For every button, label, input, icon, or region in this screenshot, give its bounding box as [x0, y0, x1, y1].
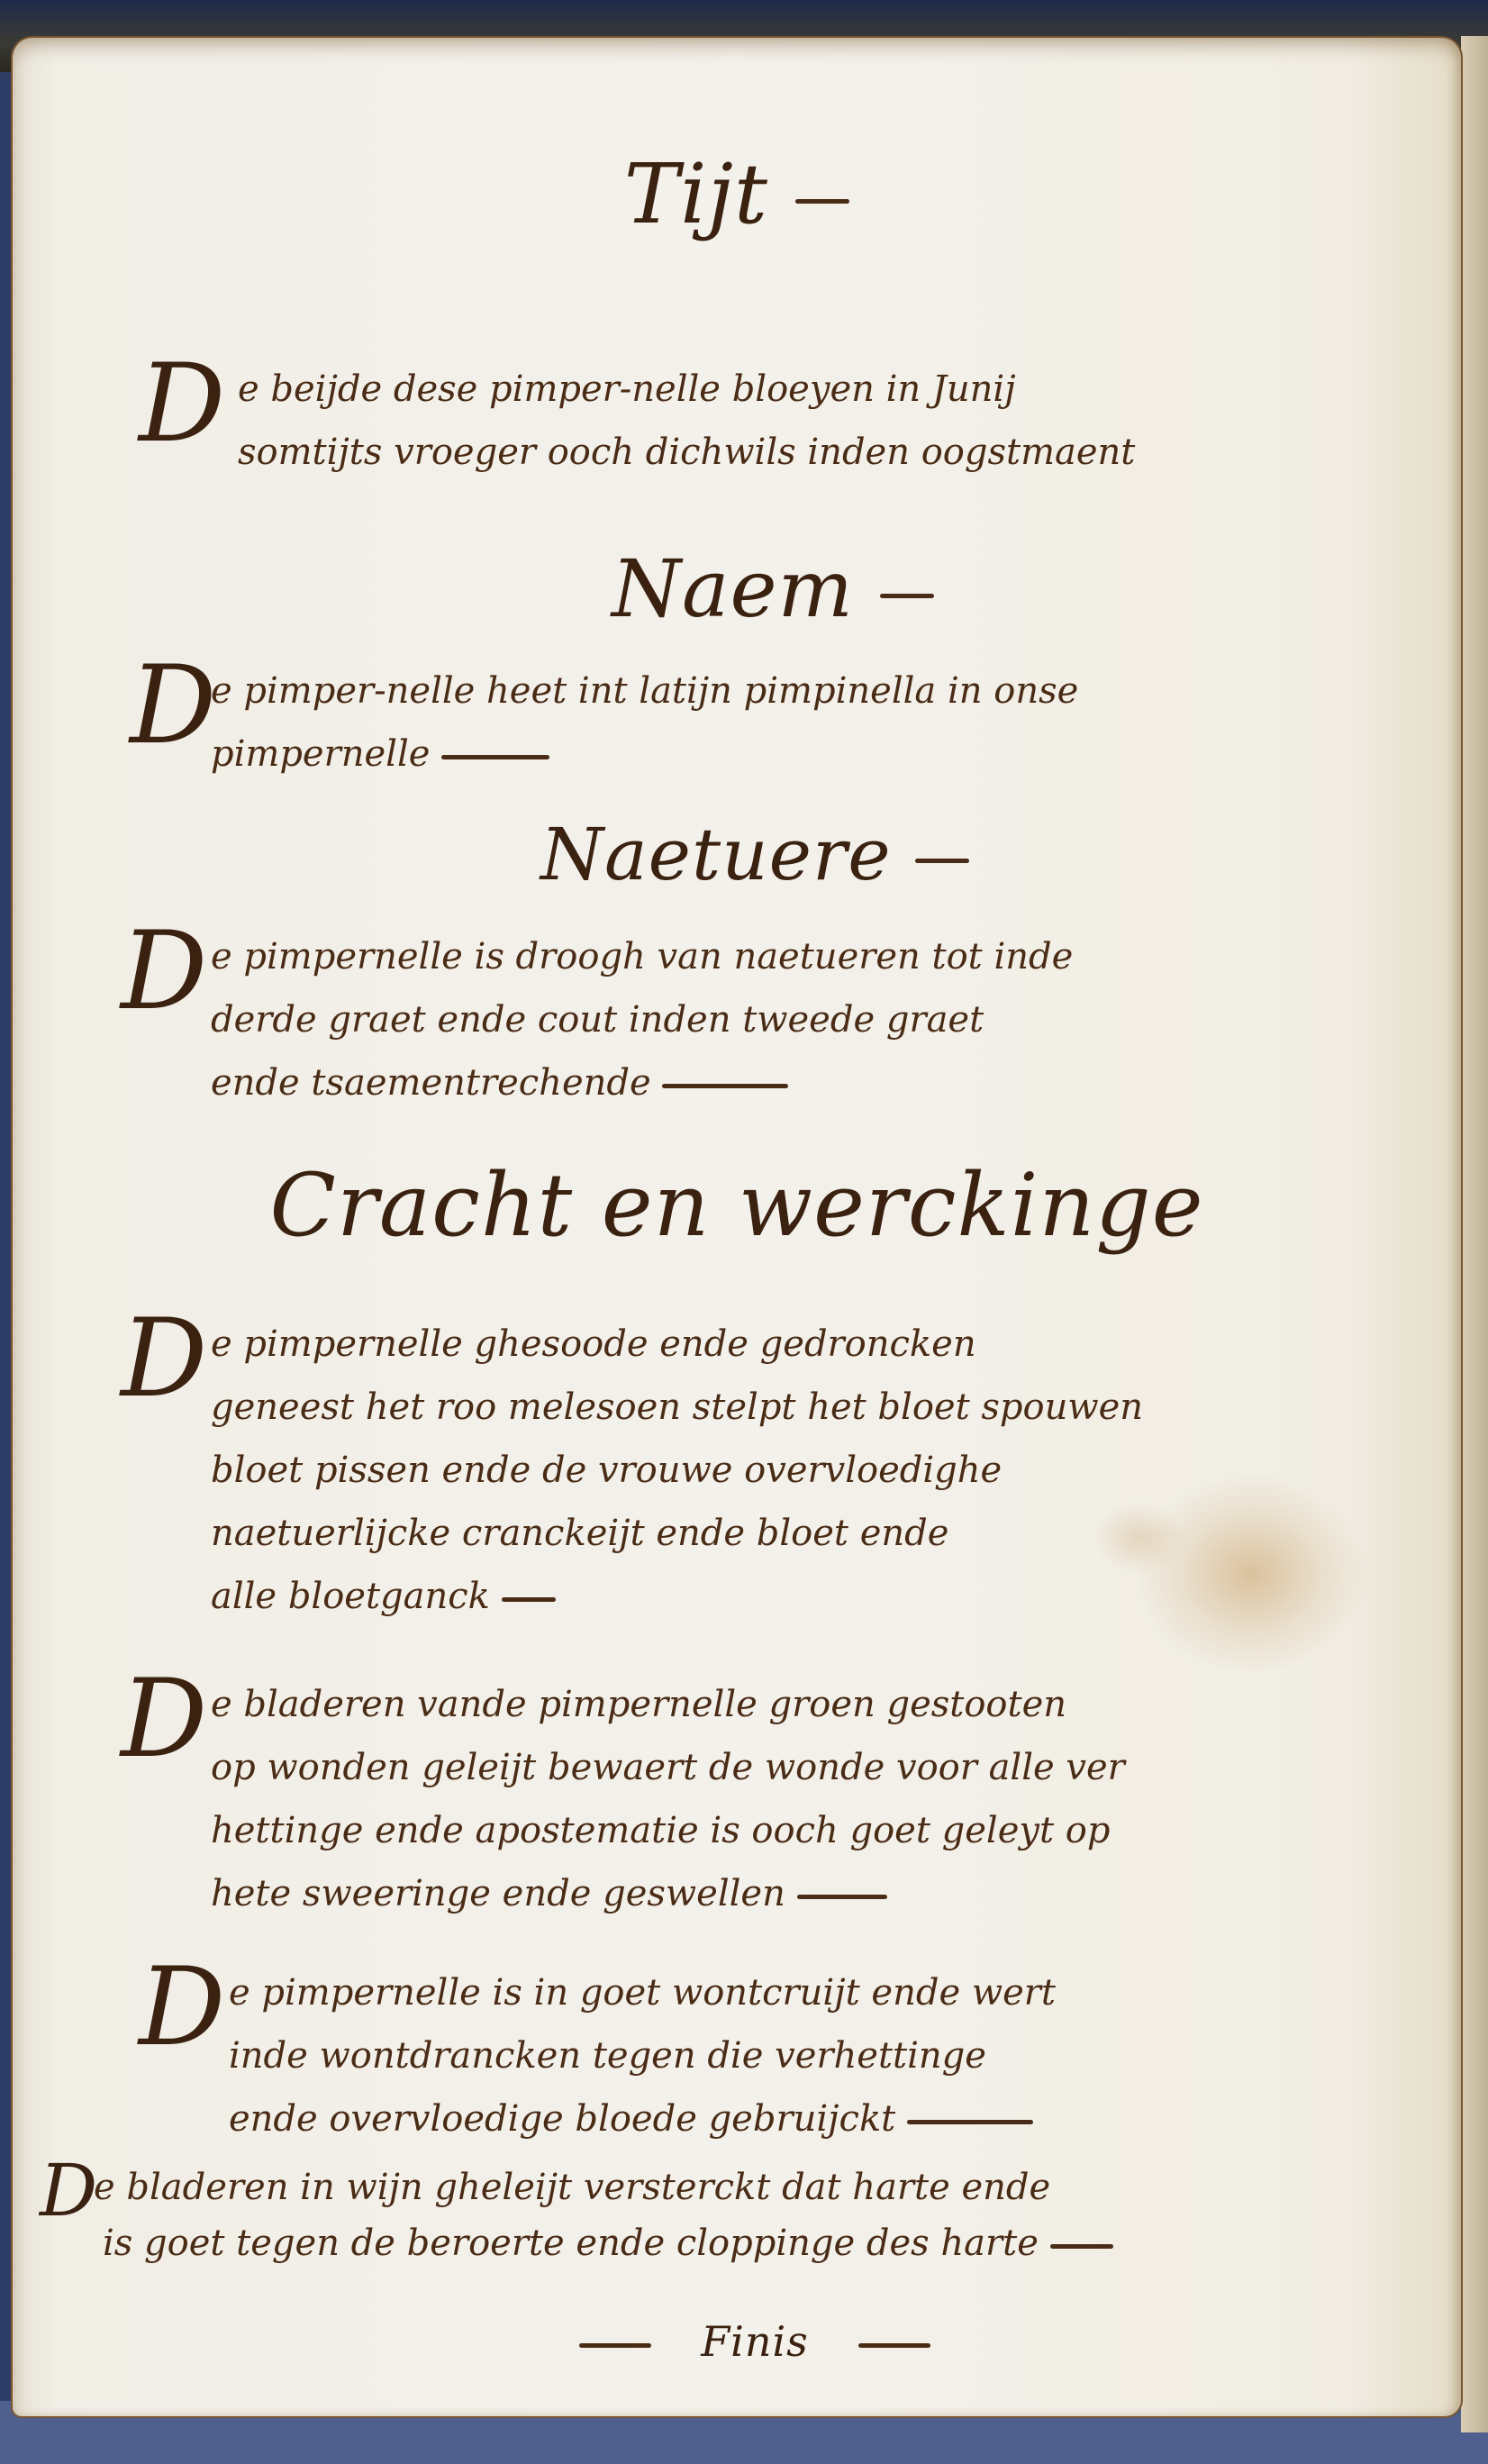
text-line: e beijde dese pimper-nelle bloeyen in Ju… — [238, 358, 1135, 421]
text-line: pimpernelle — [211, 723, 1078, 786]
text-line: somtijts vroeger ooch dichwils inden oog… — [238, 421, 1135, 484]
heading-text: Cracht en werckinge — [269, 1155, 1203, 1256]
closing-finis: Finis — [13, 2317, 1479, 2366]
text-line: ende overvloedige bloede gebruijckt — [229, 2087, 1056, 2150]
text-line: ende tsaementrechende — [211, 1051, 1073, 1114]
drop-cap: D — [121, 1666, 207, 1774]
text-line: e pimpernelle is droogh van naetueren to… — [211, 925, 1073, 988]
heading-dash — [880, 594, 934, 598]
closing-text: Finis — [701, 2317, 809, 2366]
drop-cap: D — [121, 1305, 207, 1414]
section-heading-tijt: Tijt — [13, 146, 1461, 242]
text-line: naetuerlijcke cranckeijt ende bloet ende — [211, 1502, 1143, 1565]
line-end-dash — [907, 2120, 1033, 2124]
section-heading-naem: Naem — [13, 542, 1488, 635]
text-line: op wonden geleijt bewaert de wonde voor … — [211, 1736, 1125, 1799]
line-end-dash — [662, 1084, 788, 1088]
text-line: alle bloetganck — [211, 1565, 1143, 1628]
section-heading-cracht-en-werckinge: Cracht en werckinge — [13, 1155, 1461, 1256]
heading-text: Naem — [612, 542, 854, 635]
line-end-dash — [441, 755, 549, 759]
line-end-dash — [1050, 2244, 1113, 2249]
drop-cap: D — [40, 2155, 97, 2227]
text-line: hettinge ende apostematie is ooch goet g… — [211, 1799, 1125, 1862]
heading-text: Naetuere — [540, 813, 892, 896]
text-line: bloet pissen ende de vrouwe overvloedigh… — [211, 1439, 1143, 1502]
drop-cap: D — [139, 1954, 225, 2062]
text-line: e pimpernelle ghesoode ende gedroncken — [211, 1313, 1143, 1376]
text-line: hete sweeringe ende geswellen — [211, 1862, 1125, 1925]
drop-cap: D — [130, 652, 216, 760]
text-line: derde graet ende cout inden tweede graet — [211, 988, 1073, 1051]
text-line: e bladeren vande pimpernelle groen gesto… — [211, 1673, 1125, 1736]
text-line: geneest het roo melesoen stelpt het bloe… — [211, 1376, 1143, 1439]
text-line: e pimper-nelle heet int latijn pimpinell… — [211, 659, 1078, 723]
heading-dash — [795, 199, 849, 204]
closing-dash-right — [858, 2343, 930, 2348]
text-line: is goet tegen de beroerte ende cloppinge… — [94, 2215, 1113, 2271]
heading-dash — [915, 859, 969, 863]
adjacent-page-edges — [1461, 36, 1488, 2432]
line-end-dash — [502, 1597, 556, 1602]
text-line: inde wontdrancken tegen die verhettinge — [229, 2024, 1056, 2087]
drop-cap: D — [139, 350, 225, 459]
heading-text: Tijt — [624, 146, 768, 242]
text-line: e bladeren in wijn gheleijt versterckt d… — [94, 2159, 1113, 2215]
line-end-dash — [797, 1895, 887, 1899]
closing-dash-left — [579, 2343, 651, 2348]
text-line: e pimpernelle is in goet wontcruijt ende… — [229, 1961, 1056, 2024]
drop-cap: D — [121, 918, 207, 1026]
section-heading-naetuere: Naetuere — [13, 813, 1479, 896]
manuscript-page: Tijt D e beijde dese pimper-nelle bloeye… — [13, 38, 1461, 2416]
